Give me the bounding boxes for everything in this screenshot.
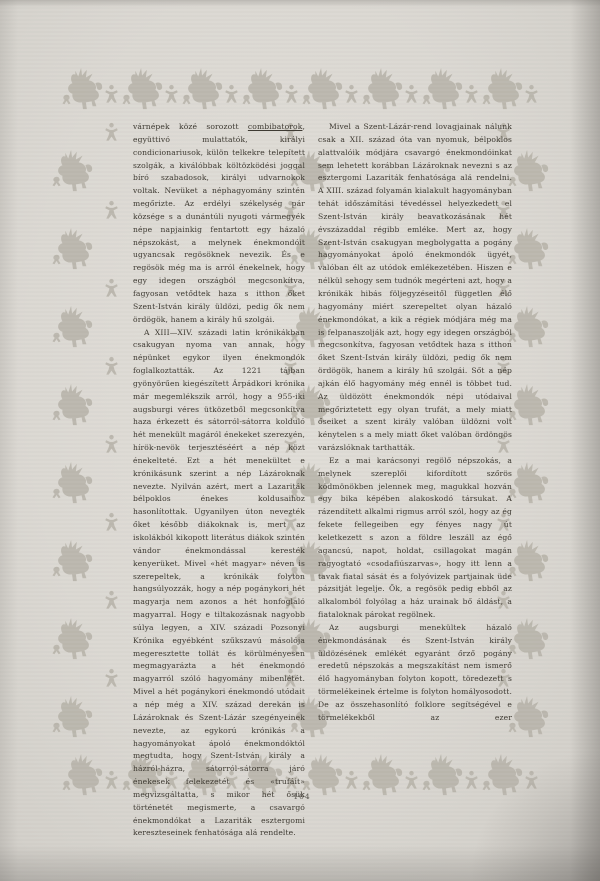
dancer-stag-motif [506, 614, 552, 662]
small-dancer-motif [104, 770, 119, 791]
dancer-stag-motif [360, 750, 406, 798]
small-dancer-motif [104, 278, 119, 299]
dancer-stag-motif [120, 64, 166, 112]
dancer-stag-motif [50, 146, 96, 194]
dancer-stag-motif [420, 750, 466, 798]
dancer-stag-motif [300, 750, 346, 798]
small-dancer-motif [164, 84, 179, 105]
page-number: 104 [272, 792, 332, 801]
small-dancer-motif [464, 84, 479, 105]
dancer-stag-motif [180, 64, 226, 112]
small-dancer-motif [524, 770, 539, 791]
small-dancer-motif [104, 434, 119, 455]
dancer-stag-motif [50, 692, 96, 740]
body-paragraph: Mivel a Szent-Lázár-rend lovagjainak nál… [318, 121, 512, 455]
dancer-stag-motif [506, 380, 552, 428]
small-dancer-motif [104, 512, 119, 533]
small-dancer-motif [104, 590, 119, 611]
small-dancer-motif [224, 84, 239, 105]
text-column-left: várnépek közé sorozott combibatorok, egy… [133, 121, 305, 840]
dancer-stag-motif [300, 64, 346, 112]
body-paragraph: várnépek közé sorozott combibatorok, egy… [133, 121, 305, 327]
dancer-stag-motif [506, 692, 552, 740]
small-dancer-motif [344, 84, 359, 105]
body-paragraph: Az augsburgi menekültek házaló énekmondá… [318, 622, 512, 725]
book-page-scan: várnépek közé sorozott combibatorok, egy… [0, 0, 600, 881]
small-dancer-motif [284, 84, 299, 105]
dancer-stag-motif [60, 750, 106, 798]
small-dancer-motif [344, 770, 359, 791]
small-dancer-motif [404, 84, 419, 105]
dancer-stag-motif [506, 224, 552, 272]
dancer-stag-motif [480, 64, 526, 112]
dancer-stag-motif [506, 146, 552, 194]
small-dancer-motif [104, 356, 119, 377]
dancer-stag-motif [50, 224, 96, 272]
dancer-stag-motif [50, 458, 96, 506]
dancer-stag-motif [50, 380, 96, 428]
dancer-stag-motif [50, 536, 96, 584]
dancer-stag-motif [60, 64, 106, 112]
small-dancer-motif [104, 122, 119, 143]
dancer-stag-motif [50, 302, 96, 350]
underlined-term: combibatorok [248, 122, 303, 131]
dancer-stag-motif [50, 614, 96, 662]
dancer-stag-motif [240, 64, 286, 112]
body-paragraph: Ez a mai karácsonyi regölő népszokás, a … [318, 455, 512, 622]
small-dancer-motif [104, 668, 119, 689]
small-dancer-motif [464, 770, 479, 791]
small-dancer-motif [524, 84, 539, 105]
dancer-stag-motif [506, 536, 552, 584]
paragraph-text: várnépek közé sorozott [133, 122, 248, 131]
paragraph-text: , együttivó mulattatók, királyi condicio… [133, 122, 305, 324]
dancer-stag-motif [480, 750, 526, 798]
dancer-stag-motif [360, 64, 406, 112]
small-dancer-motif [104, 200, 119, 221]
small-dancer-motif [404, 770, 419, 791]
dancer-stag-motif [506, 302, 552, 350]
body-paragraph: A XIII—XIV. századi latin krónikákban cs… [133, 327, 305, 841]
small-dancer-motif [104, 84, 119, 105]
dancer-stag-motif [506, 458, 552, 506]
text-column-right: Mivel a Szent-Lázár-rend lovagjainak nál… [318, 121, 512, 725]
dancer-stag-motif [420, 64, 466, 112]
